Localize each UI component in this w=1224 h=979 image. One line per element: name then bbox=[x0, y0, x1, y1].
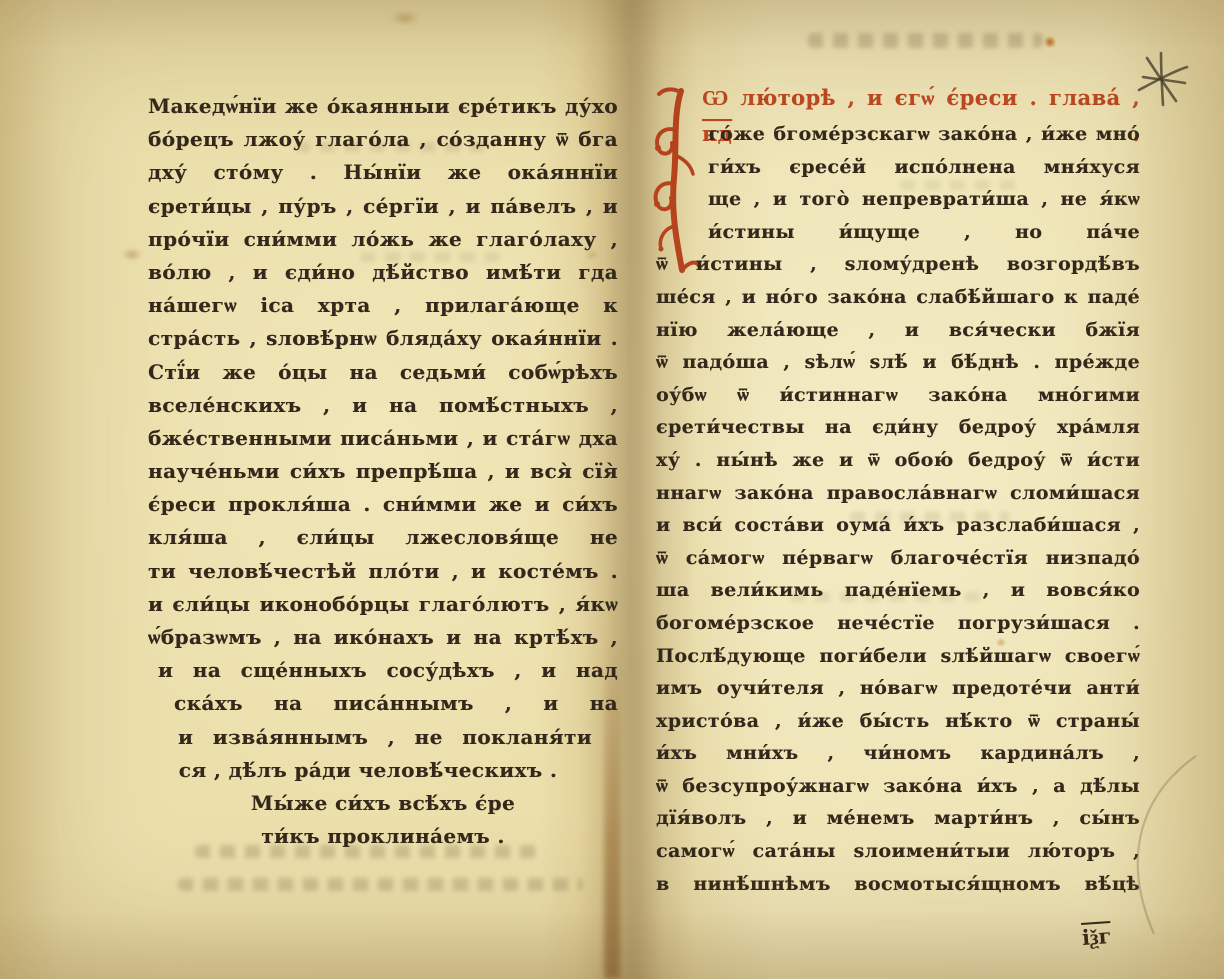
text-line: є́реси прокля́ша . сни́мми же и си́хъ пр… bbox=[148, 488, 618, 521]
showthrough-text bbox=[808, 33, 1043, 48]
text-line: ше́ся , и но́го зако́на слабѣ́йшаго к па… bbox=[656, 281, 1140, 314]
text-line: ги́хъ єресе́й испо́лнена мня́хуся и́моу bbox=[656, 151, 1140, 184]
chapter-heading-text: Ѡ лю́торѣ , и єгѡ́ є́реси . глава́ , bbox=[702, 85, 1140, 110]
text-line: кля́ша , єли́цы лжесловя́ще не воскре́сн… bbox=[148, 521, 618, 554]
text-line: ти человѣ́честѣй пло́ти , и косте́мъ . bbox=[148, 555, 618, 588]
text-line: нїю жела́юще , и вся́чески бжїя благода́… bbox=[656, 314, 1140, 347]
text-line: оу́бѡ ѿ и́стиннагѡ зако́на мно́гими bbox=[656, 379, 1140, 412]
text-line: богоме́рзское нече́стїе погрузи́шася . bbox=[656, 607, 1140, 640]
right-page-text: го́же бгоме́рзскагѡ зако́на , и́же мно́г… bbox=[656, 118, 1140, 900]
text-line: во́лю , и єди́но дѣ́йство имѣ́ти гда bbox=[148, 256, 618, 289]
text-line: Стї́и же о́цы на седьми́ собѡ́рѣхъ bbox=[148, 356, 618, 389]
text-line: ѿ са́могѡ пе́рвагѡ благоче́стїя низпадо́ bbox=[656, 542, 1140, 575]
text-line: дїя́волъ , и ме́немъ марти́нъ , сы́нъ bbox=[656, 802, 1140, 835]
text-line: ѿ падо́ша , ѕѣлѡ́ ѕлѣ́ и бѣ́днѣ . пре́жд… bbox=[656, 346, 1140, 379]
text-line: ѡ́бразѡмъ , на ико́нахъ и на кртѣ́хъ , bbox=[148, 621, 618, 654]
text-line: и вси́ соста́ви оума́ и́хъ разслаби́шася… bbox=[656, 509, 1140, 542]
text-line: христо́ва , и́же бы́сть нѣ́кто ѿ страны́ bbox=[656, 705, 1140, 738]
text-line: вселе́нскихъ , и на помѣ́стныхъ , bbox=[148, 389, 618, 422]
text-line: Македѡ́нїи же о́каянныи єре́тикъ ду́хо bbox=[148, 90, 618, 123]
text-line: бо́рецъ лжоу́ глаго́ла , со́зданну ѿ бга bbox=[148, 123, 618, 156]
text-line: ти́къ проклина́емъ . bbox=[148, 820, 618, 853]
handwritten-mark bbox=[1132, 48, 1194, 114]
text-line: ще , и того̀ непреврати́ша , не я́кѡ бжї… bbox=[656, 183, 1140, 216]
text-line: и на сще́нныхъ сосу́дѣхъ , и над bbox=[148, 654, 618, 687]
text-line: бже́ственными писа́ньми , и ста́гѡ дха bbox=[148, 422, 618, 455]
text-line: єрети́чествы на єди́ну бедроу́ хра́мля bbox=[656, 411, 1140, 444]
text-line: науче́ньми си́хъ препрѣ́ша , и вся̀ сїя̀ bbox=[148, 455, 618, 488]
stain bbox=[1044, 36, 1056, 48]
pencil-curve-mark bbox=[1112, 752, 1216, 944]
text-line: ска́хъ на писа́ннымъ , и на черта́нным bbox=[148, 687, 618, 720]
text-line: про́чїи сни́мми ло́жь же глаго́лаху , єд… bbox=[148, 223, 618, 256]
text-line: самогѡ́ сата́ны ѕлоимени́тыи лю́торъ , bbox=[656, 835, 1140, 868]
stain bbox=[122, 248, 142, 261]
quire-signature-mark: іѯг bbox=[1081, 923, 1112, 951]
text-line: ѿ и́стины , ѕлому́дренѣ возгордѣ́въ bbox=[656, 248, 1140, 281]
text-line: и изва́яннымъ , не покланя́ти bbox=[148, 721, 618, 754]
text-line: Мы́же си́хъ всѣ́хъ є́ре bbox=[148, 787, 618, 820]
text-line: ннагѡ зако́на правосла́внагѡ сломи́шася bbox=[656, 477, 1140, 510]
text-line: Послѣ́дующе поги́бели ѕлѣ́йшагѡ своегѡ́ bbox=[656, 640, 1140, 673]
text-line: и́хъ мни́хъ , чи́номъ кардина́лъ , bbox=[656, 737, 1140, 770]
chapter-heading: Ѡ лю́торѣ , и єгѡ́ є́реси . глава́ , кд … bbox=[656, 80, 1140, 118]
text-line: ху́ . ны́нѣ же и ѿ обою́ бедроу́ ѿ и́сти bbox=[656, 444, 1140, 477]
text-line: ѿ безсупроу́жнагѡ зако́на и́хъ , а дѣ́лы bbox=[656, 770, 1140, 803]
text-line: ша вели́кимь паде́нїемь , и вовся́ко bbox=[656, 574, 1140, 607]
text-line: стра́сть , ѕловѣ́рнѡ бляда́ху окая́ннїи … bbox=[148, 322, 618, 355]
text-line: го́же бгоме́рзскагѡ зако́на , и́же мно́ bbox=[656, 118, 1140, 151]
text-line: дху́ сто́му . Ны́нїи же ока́яннїи bbox=[148, 156, 618, 189]
showthrough-text bbox=[178, 878, 583, 891]
text-line: на́шегѡ іса хрта , прилага́юще к бжтвоу bbox=[148, 289, 618, 322]
text-line: и єли́цы иконобо́рцы глаго́лютъ , я́кѡ bbox=[148, 588, 618, 621]
text-line: и́стины и́щуще , но па́че оудаля́ющеся bbox=[656, 216, 1140, 249]
text-line: ся , дѣ́лъ ра́ди человѣ́ческихъ . bbox=[148, 754, 618, 787]
text-line: єрети́цы , пу́ръ , се́ргїи , и па́велъ ,… bbox=[148, 190, 618, 223]
stain bbox=[390, 10, 420, 26]
text-line: имъ оучи́теля , но́вагѡ предоте́чи анти́ bbox=[656, 672, 1140, 705]
left-page-text: Македѡ́нїи же о́каянныи єре́тикъ ду́хобо… bbox=[148, 90, 618, 853]
text-line: в нинѣ́шнѣмъ восмотыся́щномъ вѣ́цѣ bbox=[656, 868, 1140, 901]
